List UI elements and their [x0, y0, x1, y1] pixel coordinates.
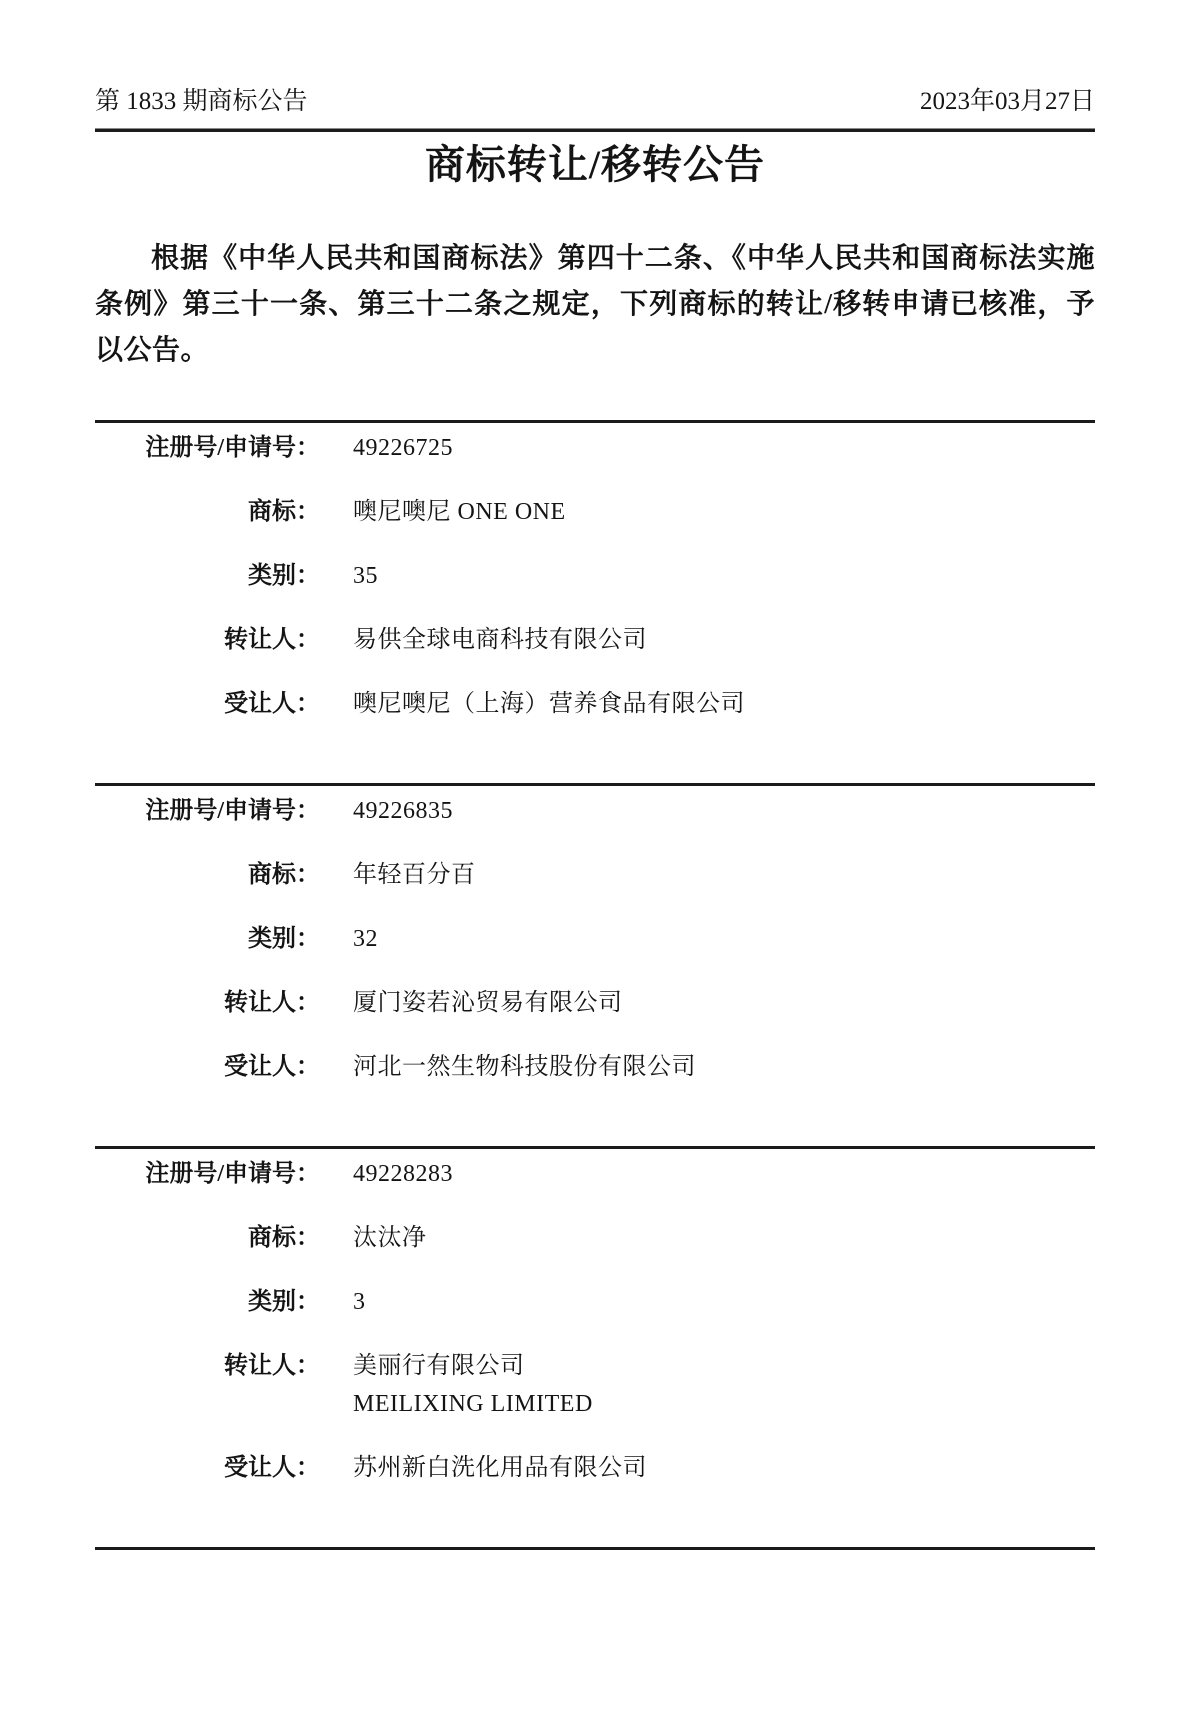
trademark-records-list: 注册号/申请号： 49226725 商标： 噢尼噢尼 ONE ONE 类别： 3… — [95, 420, 1095, 1550]
gazette-page: 第 1833 期商标公告 2023年03月27日 商标转让/移转公告 根据《中华… — [0, 0, 1190, 1714]
trademark-label: 商标： — [95, 1223, 320, 1253]
record-row-registration-number: 注册号/申请号： 49226725 — [95, 433, 1095, 463]
class-label: 类别： — [95, 924, 320, 954]
assignee-value: 河北一然生物科技股份有限公司 — [353, 1052, 696, 1082]
record-row-assignor: 转让人： 易供全球电商科技有限公司 — [95, 625, 1095, 655]
class-value: 35 — [353, 561, 378, 591]
page-header: 第 1833 期商标公告 2023年03月27日 — [95, 88, 1095, 116]
registration-number-value: 49228283 — [353, 1159, 453, 1189]
registration-number-label: 注册号/申请号： — [95, 433, 320, 463]
header-divider — [95, 128, 1095, 132]
record-row-class: 类别： 35 — [95, 561, 1095, 591]
assignee-value: 苏州新白洗化用品有限公司 — [353, 1453, 647, 1483]
trademark-record: 注册号/申请号： 49226835 商标： 年轻百分百 类别： 32 转让人： … — [95, 783, 1095, 1146]
record-row-assignee: 受让人： 苏州新白洗化用品有限公司 — [95, 1453, 1095, 1483]
record-row-trademark: 商标： 噢尼噢尼 ONE ONE — [95, 497, 1095, 527]
record-row-trademark: 商标： 汰汰净 — [95, 1223, 1095, 1253]
record-row-class: 类别： 3 — [95, 1287, 1095, 1317]
trademark-record: 注册号/申请号： 49226725 商标： 噢尼噢尼 ONE ONE 类别： 3… — [95, 423, 1095, 783]
assignee-label: 受让人： — [95, 1453, 320, 1483]
assignor-value: 易供全球电商科技有限公司 — [353, 625, 647, 655]
gazette-issue-number: 第 1833 期商标公告 — [95, 88, 308, 116]
record-row-trademark: 商标： 年轻百分百 — [95, 860, 1095, 890]
trademark-value: 噢尼噢尼 ONE ONE — [353, 497, 566, 527]
registration-number-value: 49226725 — [353, 433, 453, 463]
assignee-label: 受让人： — [95, 689, 320, 719]
class-value: 32 — [353, 924, 378, 954]
record-row-assignee: 受让人： 噢尼噢尼（上海）营养食品有限公司 — [95, 689, 1095, 719]
trademark-record: 注册号/申请号： 49228283 商标： 汰汰净 类别： 3 转让人： 美丽行… — [95, 1146, 1095, 1547]
record-row-assignee: 受让人： 河北一然生物科技股份有限公司 — [95, 1052, 1095, 1082]
page-title: 商标转让/移转公告 — [95, 140, 1095, 190]
assignor-label: 转让人： — [95, 1351, 320, 1381]
registration-number-label: 注册号/申请号： — [95, 1159, 320, 1189]
record-row-registration-number: 注册号/申请号： 49226835 — [95, 796, 1095, 826]
assignor-label: 转让人： — [95, 988, 320, 1018]
record-row-registration-number: 注册号/申请号： 49228283 — [95, 1159, 1095, 1189]
trademark-value: 年轻百分百 — [353, 860, 476, 890]
assignor-value: 美丽行有限公司 — [353, 1351, 593, 1381]
class-label: 类别： — [95, 561, 320, 591]
class-value: 3 — [353, 1287, 366, 1317]
trademark-label: 商标： — [95, 497, 320, 527]
trademark-label: 商标： — [95, 860, 320, 890]
registration-number-value: 49226835 — [353, 796, 453, 826]
registration-number-label: 注册号/申请号： — [95, 796, 320, 826]
record-row-assignor: 转让人： 厦门姿若沁贸易有限公司 — [95, 988, 1095, 1018]
assignor-english-name: MEILIXING LIMITED — [353, 1389, 593, 1419]
assignee-label: 受让人： — [95, 1052, 320, 1082]
trademark-value: 汰汰净 — [353, 1223, 427, 1253]
intro-paragraph: 根据《中华人民共和国商标法》第四十二条、《中华人民共和国商标法实施条例》第三十一… — [95, 236, 1095, 374]
record-row-assignor: 转让人： 美丽行有限公司 MEILIXING LIMITED — [95, 1351, 1095, 1419]
assignor-value: 厦门姿若沁贸易有限公司 — [353, 988, 623, 1018]
class-label: 类别： — [95, 1287, 320, 1317]
gazette-date: 2023年03月27日 — [920, 88, 1095, 116]
record-row-class: 类别： 32 — [95, 924, 1095, 954]
assignor-label: 转让人： — [95, 625, 320, 655]
assignee-value: 噢尼噢尼（上海）营养食品有限公司 — [353, 689, 745, 719]
